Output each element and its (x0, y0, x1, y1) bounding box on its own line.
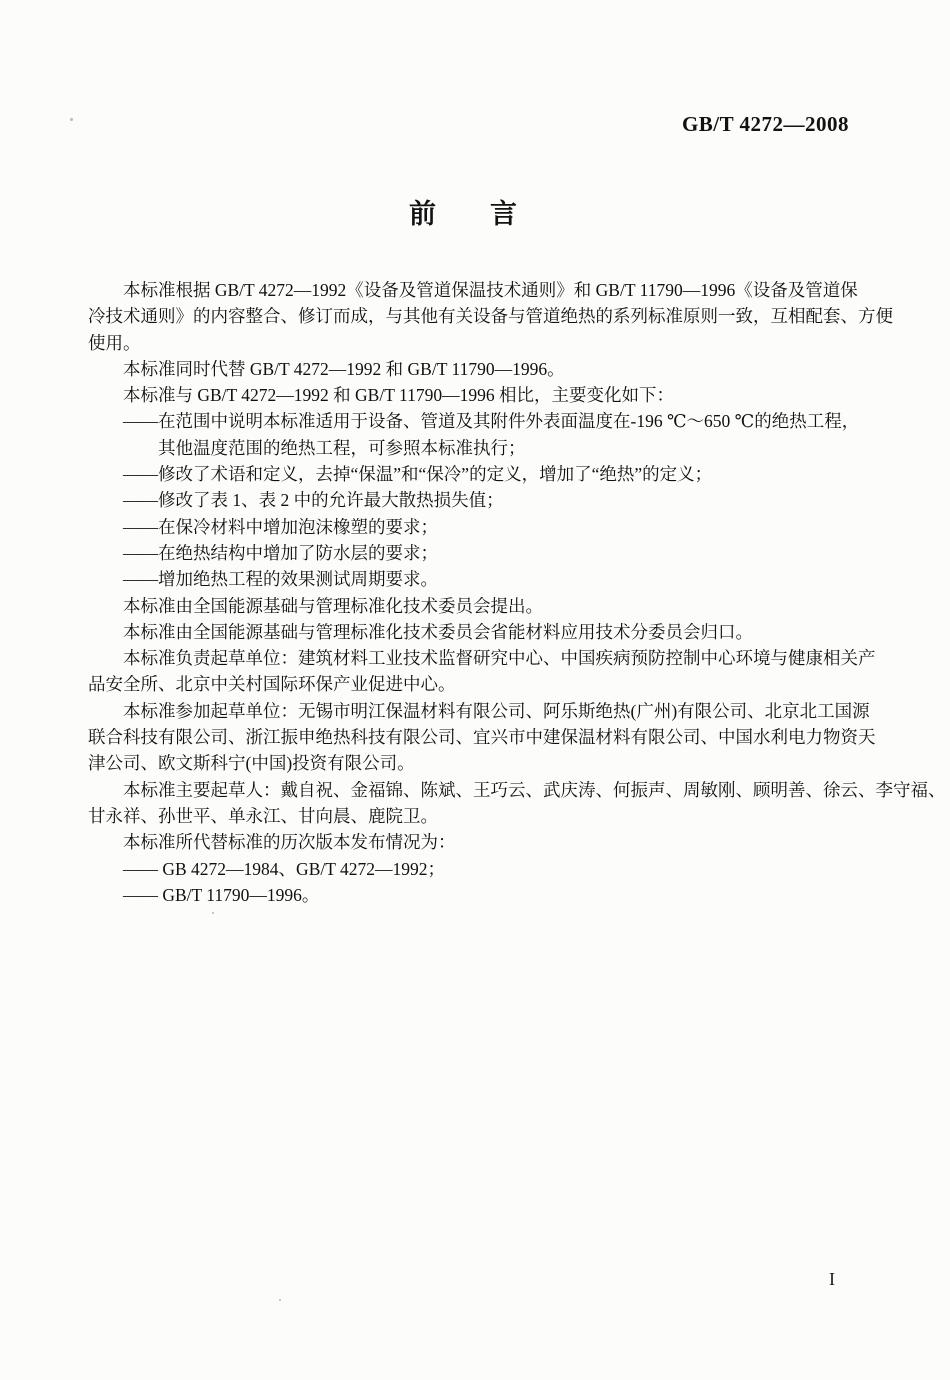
text-line: 本标准负责起草单位：建筑材料工业技术监督研究中心、中国疾病预防控制中心环境与健康… (88, 645, 888, 671)
text-line: 甘永祥、孙世平、单永江、甘向晨、鹿院卫。 (88, 803, 888, 829)
text-line: ——修改了表 1、表 2 中的允许最大散热损失值； (88, 487, 888, 513)
text-line: ——增加绝热工程的效果测试周期要求。 (88, 566, 888, 592)
text-line: 津公司、欧文斯科宁(中国)投资有限公司。 (88, 750, 888, 776)
text-line: 冷技术通则》的内容整合、修订而成，与其他有关设备与管道绝热的系列标准原则一致，互… (88, 303, 888, 329)
text-line: ——修改了术语和定义，去掉“保温”和“保冷”的定义，增加了“绝热”的定义； (88, 461, 888, 487)
foreword-body: 本标准根据 GB/T 4272—1992《设备及管道保温技术通则》和 GB/T … (88, 277, 888, 908)
text-line: —— GB 4272—1984、GB/T 4272—1992； (88, 856, 888, 882)
scan-speckle (70, 118, 73, 121)
foreword-title: 前 言 (0, 196, 938, 232)
scan-speckle (279, 1299, 281, 1301)
text-line: 品安全所、北京中关村国际环保产业促进中心。 (88, 671, 888, 697)
page-number: I (820, 1269, 844, 1290)
text-line: 使用。 (88, 330, 888, 356)
text-line: 本标准同时代替 GB/T 4272—1992 和 GB/T 11790—1996… (88, 356, 888, 382)
text-line: —— GB/T 11790—1996。 (88, 882, 888, 908)
text-line: ——在范围中说明本标准适用于设备、管道及其附件外表面温度在-196 ℃～650 … (88, 408, 888, 434)
text-line: 本标准主要起草人：戴自祝、金福锦、陈斌、王巧云、武庆涛、何振声、周敏刚、顾明善、… (88, 777, 888, 803)
scanned-standard-page: GB/T 4272—2008 前 言 本标准根据 GB/T 4272—1992《… (0, 0, 950, 1380)
text-line: ——在绝热结构中增加了防水层的要求； (88, 540, 888, 566)
text-line: 联合科技有限公司、浙江振申绝热科技有限公司、宜兴市中建保温材料有限公司、中国水利… (88, 724, 888, 750)
text-line: 其他温度范围的绝热工程，可参照本标准执行； (88, 435, 888, 461)
text-line: 本标准与 GB/T 4272—1992 和 GB/T 11790—1996 相比… (88, 382, 888, 408)
text-line: ——在保冷材料中增加泡沫橡塑的要求； (88, 514, 888, 540)
text-line: 本标准由全国能源基础与管理标准化技术委员会省能材料应用技术分委员会归口。 (88, 619, 888, 645)
text-line: 本标准参加起草单位：无锡市明江保温材料有限公司、阿乐斯绝热(广州)有限公司、北京… (88, 698, 888, 724)
text-line: 本标准所代替标准的历次版本发布情况为： (88, 829, 888, 855)
standard-number: GB/T 4272—2008 (682, 112, 849, 137)
text-line: 本标准根据 GB/T 4272—1992《设备及管道保温技术通则》和 GB/T … (88, 277, 888, 303)
text-line: 本标准由全国能源基础与管理标准化技术委员会提出。 (88, 593, 888, 619)
scan-speckle (212, 912, 214, 914)
